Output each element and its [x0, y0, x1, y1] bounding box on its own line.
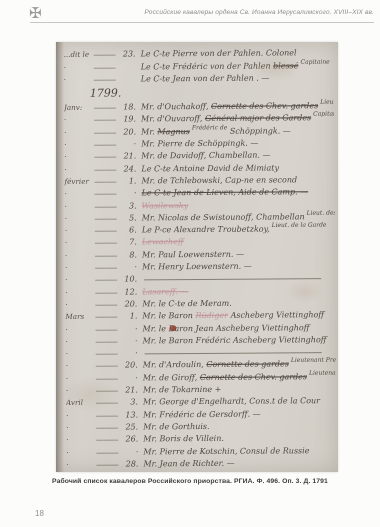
- entry-number: 20.: [120, 361, 138, 370]
- entry-text: Mr. Jean de Richter. —: [143, 459, 234, 469]
- entry-rule-dash: [94, 120, 116, 121]
- entry-margin-label: ·: [66, 460, 96, 469]
- entry-rule-dash: [94, 108, 116, 109]
- entry-rule-dash: [95, 255, 117, 256]
- entry-rule-dash: [96, 427, 118, 428]
- entry-number: 13.: [120, 410, 138, 419]
- entry-margin-label: ·: [65, 238, 95, 247]
- entry-rule-dash: [95, 305, 117, 306]
- entry-margin-label: ·: [64, 75, 94, 84]
- entry-margin-label: ·: [64, 128, 94, 137]
- entry-rule-dash: [96, 341, 118, 342]
- entry-text: Wasilewsky: [142, 201, 189, 210]
- entry-number: ·: [120, 349, 138, 358]
- entry-margin-label: ·: [64, 164, 94, 173]
- entry-number: 20.: [118, 127, 136, 136]
- entry-number: ·: [119, 262, 137, 271]
- ink-stain: [169, 325, 176, 331]
- entry-margin-label: ·: [65, 300, 95, 309]
- entry-rule-dash: [96, 329, 118, 330]
- entry-number: 3.: [119, 201, 137, 210]
- entry-margin-label: ·: [65, 201, 95, 210]
- entry-margin-label: ·: [64, 115, 94, 124]
- entry-rule-dash: [96, 403, 118, 404]
- entry-rule-dash: [95, 231, 117, 232]
- entry-rule-dash: [96, 464, 118, 465]
- entry-margin-label: ·: [66, 386, 96, 395]
- entry-margin-label: ·: [65, 189, 95, 198]
- manuscript-entry: ·28.Mr. Jean de Richter. —: [66, 455, 336, 469]
- entry-margin-label: ·: [64, 152, 94, 161]
- entry-margin-label: ·: [66, 373, 96, 382]
- entry-rule-dash: [94, 145, 116, 146]
- entry-margin-label: ·: [65, 214, 95, 223]
- entry-rule-dash: [96, 452, 118, 453]
- entry-margin-label: ·: [66, 447, 96, 456]
- page-number: 18: [35, 509, 44, 518]
- entry-rule-dash: [96, 378, 118, 379]
- entry-margin-label: ·: [66, 410, 96, 419]
- entry-rule-dash: [95, 206, 117, 207]
- entry-margin-label: ·: [64, 62, 94, 71]
- entry-margin-label: ·: [65, 324, 95, 333]
- entry-rule-dash: [96, 440, 118, 441]
- figure-caption: Рабочий список кавалеров Российского при…: [0, 478, 380, 485]
- entry-number: ·: [118, 140, 136, 149]
- year-heading: 1799.: [64, 82, 334, 100]
- entry-number: ·: [120, 447, 138, 456]
- entry-rule-dash: [96, 354, 118, 355]
- entry-rule-dash: [95, 218, 117, 219]
- entry-number: 8.: [119, 250, 137, 259]
- maltese-cross-icon: ✠: [29, 4, 42, 22]
- entry-text: Mr. de Gorthuis.: [143, 422, 209, 431]
- entry-rule-dash: [96, 391, 118, 392]
- entry-rule-dash: [95, 280, 117, 281]
- entry-number: 19.: [118, 115, 136, 124]
- entry-number: 18.: [118, 103, 136, 112]
- entry-rule-dash: [94, 132, 116, 133]
- entry-rule-dash: [96, 366, 118, 367]
- entry-number: 12.: [119, 287, 137, 296]
- entry-number: 1.: [118, 176, 136, 185]
- entry-rule-dash: [95, 194, 117, 195]
- entry-number: ·: [120, 373, 138, 382]
- entry-number: 25.: [120, 422, 138, 431]
- entry-margin-label: ·: [65, 263, 95, 272]
- entry-rule-dash: [94, 55, 116, 56]
- entry-rule-dash: [96, 415, 118, 416]
- entry-margin-label: ·: [66, 361, 96, 370]
- entry-margin-label: ·: [65, 226, 95, 235]
- entry-number: 3.: [120, 398, 138, 407]
- entry-margin-label: ·: [65, 275, 95, 284]
- entry-rule-dash: [94, 182, 116, 183]
- entry-number: 10.: [119, 275, 137, 284]
- entry-margin-label: février: [64, 177, 94, 186]
- entry-number: 24.: [118, 164, 136, 173]
- manuscript-lines: ...dit le23.Le C-te Pierre von der Pahle…: [64, 45, 337, 469]
- entry-number: 28.: [120, 459, 138, 468]
- entry-blank-dash: [145, 352, 322, 354]
- entry-rule-dash: [95, 292, 117, 293]
- entry-number: 1.: [119, 312, 137, 321]
- entry-blank-dash: [144, 278, 321, 280]
- entry-margin-label: ·: [66, 423, 96, 432]
- entry-number: ·: [119, 324, 137, 333]
- running-header-title: Российские кавалеры ордена Св. Иоанна Ие…: [144, 9, 374, 16]
- manuscript-entry: ·Le C-te Jean von der Pahlen . —: [64, 70, 334, 84]
- header-rule: [30, 22, 374, 23]
- entry-number: 6.: [119, 226, 137, 235]
- entry-rule-dash: [95, 317, 117, 318]
- entry-margin-label: ·: [66, 349, 96, 358]
- entry-margin-label: ·: [65, 287, 95, 296]
- entry-number: 21.: [120, 385, 138, 394]
- entry-margin-label: ·: [66, 435, 96, 444]
- entry-rule-dash: [94, 79, 116, 80]
- entry-number: ·: [119, 189, 137, 198]
- entry-margin-label: Mars: [65, 312, 95, 321]
- manuscript-photo: ...dit le23.Le C-te Pierre von der Pahle…: [56, 42, 338, 472]
- entry-number: 7.: [119, 238, 137, 247]
- entry-rule-dash: [94, 157, 116, 158]
- entry-number: 21.: [118, 152, 136, 161]
- entry-margin-label: Avril: [66, 398, 96, 407]
- entry-text: Lewacheff: [142, 238, 184, 247]
- entry-rule-dash: [94, 169, 116, 170]
- entry-rule-dash: [95, 243, 117, 244]
- entry-margin-label: Janv:: [64, 103, 94, 112]
- entry-number: 26.: [120, 435, 138, 444]
- entry-margin-label: ...dit le: [64, 50, 94, 59]
- entry-margin-label: ·: [66, 337, 96, 346]
- entry-rule-dash: [95, 268, 117, 269]
- entry-text: Le C-te Jean von der Pahlen . —: [141, 73, 270, 83]
- entry-text: Lasareff. —: [142, 287, 188, 296]
- entry-margin-label: ·: [64, 140, 94, 149]
- entry-margin-label: ·: [65, 250, 95, 259]
- entry-number: 23.: [118, 50, 136, 59]
- entry-number: ·: [120, 336, 138, 345]
- entry-rule-dash: [94, 67, 116, 68]
- entry-number: 5.: [119, 213, 137, 222]
- entry-number: 20.: [119, 299, 137, 308]
